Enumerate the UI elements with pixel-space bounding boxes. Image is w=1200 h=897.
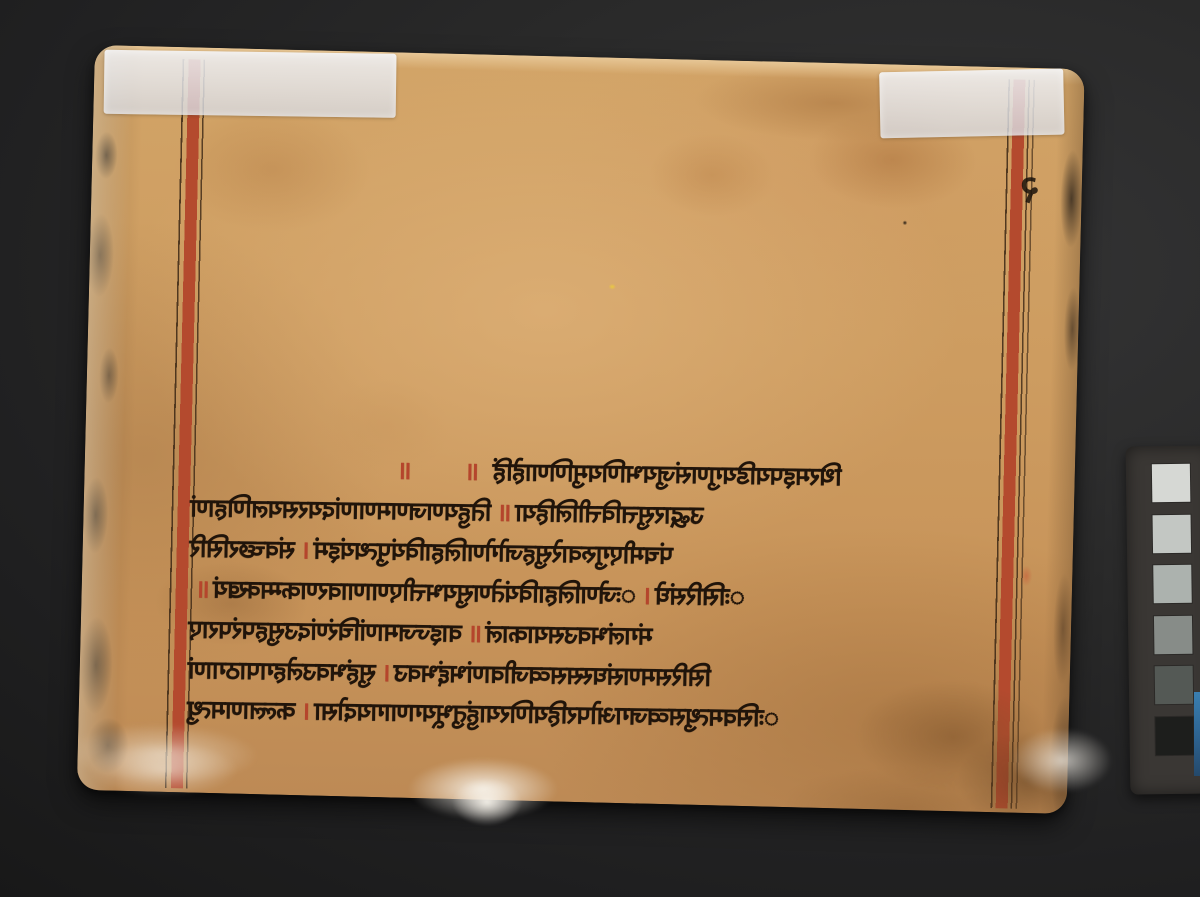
tape-top-right xyxy=(879,69,1064,139)
text-segment: वाइज्जमाणंचिरंणंदउसुहपरंपराए xyxy=(189,611,462,649)
rubric-danda: ॥ xyxy=(467,615,482,649)
rubric-danda: । xyxy=(381,655,390,689)
text-block: ॥॥थिरमइपयडियगुणसंजुयभणियमुणिणाहेहिंतिहुय… xyxy=(188,450,1044,745)
rubric-danda: ॥ xyxy=(464,454,479,488)
gray-swatch-1 xyxy=(1152,464,1191,503)
tape-top-left xyxy=(104,50,397,118)
text-segment: थिरमइपयडियगुणसंजुयभणियमुणिणाहेहिं xyxy=(493,454,842,493)
grayscale-card xyxy=(1126,445,1200,794)
text-segment: उद्धारसुत्तवित्तीलिहिया xyxy=(516,495,704,532)
rubric-danda: । xyxy=(300,532,309,566)
manuscript-leaf: ॥॥थिरमइपयडियगुणसंजुयभणियमुणिणाहेहिंतिहुय… xyxy=(77,45,1085,814)
photo-mount-background: ॥॥थिरमइपयडियगुणसंजुयभणियमुणिणाहेहिंतिहुय… xyxy=(0,0,1200,897)
text-segment: ःसिरिसंघे xyxy=(655,578,745,613)
text-segment: तिहुयणजणमणाणंदयरसयलणिहाणं xyxy=(191,490,492,528)
gray-swatch-3 xyxy=(1153,565,1192,604)
folio-number: २ xyxy=(1017,161,1042,215)
text-segment: सिरिसमणसंघस्ससव्वजीवाणंभद्दंभवउ xyxy=(395,655,712,694)
rubric-danda: ॥ xyxy=(496,495,511,529)
blue-calibration-patch xyxy=(1194,692,1200,776)
text-segment: सुहंभवउलेहगपाठगाणं xyxy=(188,652,376,689)
bottom-left-fiber-residue xyxy=(77,722,259,787)
gray-swatch-5 xyxy=(1155,666,1194,705)
rubric-danda: । xyxy=(300,694,309,728)
text-segment: संवच्छरसिरि xyxy=(190,530,295,566)
gray-swatch-4 xyxy=(1154,615,1193,654)
text-segment: कल्लाणमत्थु xyxy=(188,692,296,728)
rubric-danda: ॥ xyxy=(396,453,411,487)
gray-swatch-6 xyxy=(1155,716,1194,755)
left-edge-stain xyxy=(77,45,165,791)
rubric-danda: । xyxy=(641,578,650,612)
rubric-danda: ॥ xyxy=(194,571,209,605)
text-segment: मंगलंभवउसयाकालं xyxy=(486,616,653,652)
text-segment: ःजेणलिहावियंतेणसुयभत्तीएणाणावरणकम्मक्खयं xyxy=(214,572,637,612)
gray-swatch-2 xyxy=(1153,514,1192,553)
text-segment: पंचमीएगुरुवारेसुहजोगेणलिहावियंपुत्थयंइमं xyxy=(314,532,673,571)
text-segment: ःसिवमत्थुसव्वजगओपरहियणिरयाहुंतुभूयगणागयद… xyxy=(314,694,779,735)
